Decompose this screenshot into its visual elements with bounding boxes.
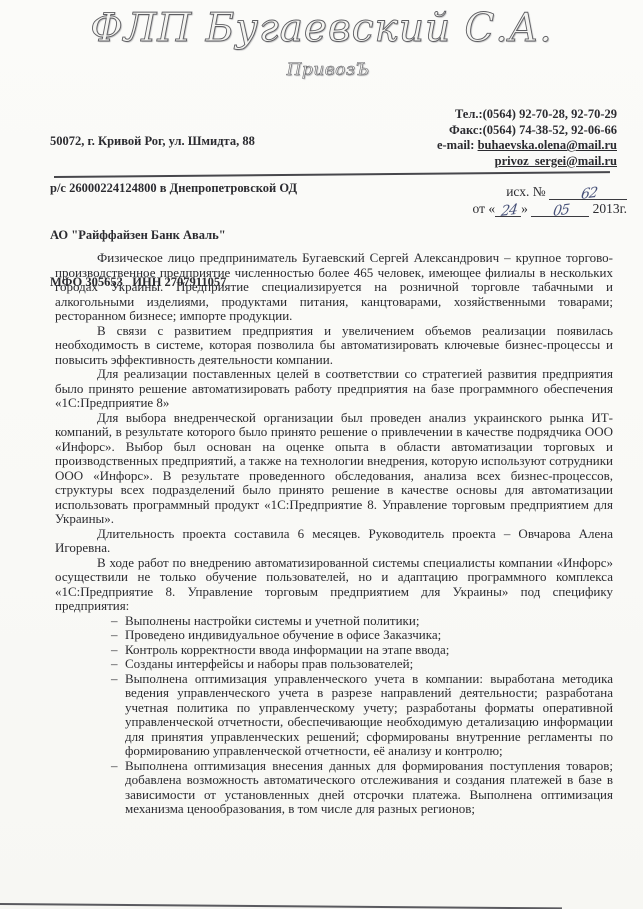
paragraph: Длительность проекта составила 6 месяцев… xyxy=(55,527,613,556)
list-item-text: Выполнена оптимизация управленческого уч… xyxy=(125,671,613,759)
reference-close-quote: » xyxy=(521,201,528,216)
letter-body: Физическое лицо предприниматель Бугаевск… xyxy=(55,251,613,817)
email-address-1: buhaevska.olena@mail.ru xyxy=(478,138,617,152)
email-address-2: privoz_sergei@mail.ru xyxy=(495,154,617,168)
address-line: АО "Райффайзен Банк Аваль" xyxy=(50,228,297,244)
dash-marker: – xyxy=(111,628,118,643)
paragraph: В ходе работ по внедрению автоматизирова… xyxy=(55,556,613,614)
handwritten-month: 05 xyxy=(552,202,570,221)
dash-marker: – xyxy=(111,643,118,658)
page-scan-edge xyxy=(0,903,562,909)
reference-day-blank: 24 xyxy=(495,202,521,217)
email-label: e-mail: xyxy=(437,138,478,152)
dash-marker: – xyxy=(111,657,118,672)
list-item-text: Контроль корректности ввода информации н… xyxy=(125,642,449,657)
list-item: – Выполнена оптимизация управленческого … xyxy=(55,672,613,759)
dash-marker: – xyxy=(111,614,118,629)
address-line: 50072, г. Кривой Рог, ул. Шмидта, 88 xyxy=(50,134,297,150)
scanned-letter-page: ФЛП Бугаевский С.А. ПривозЪ 50072, г. Кр… xyxy=(0,0,643,909)
list-item: – Выполнены настройки системы и учетной … xyxy=(55,614,613,629)
handwritten-day: 24 xyxy=(500,202,518,221)
list-item-text: Выполнена оптимизация внесения данных дл… xyxy=(125,758,613,817)
reference-year: 2013г. xyxy=(593,201,627,216)
list-item: – Выполнена оптимизация внесения данных … xyxy=(55,759,613,817)
reference-number-label: исх. № xyxy=(506,184,545,199)
phone-line: Тел.:(0564) 92-70-28, 92-70-29 xyxy=(437,107,617,123)
list-item: – Контроль корректности ввода информации… xyxy=(55,643,613,658)
list-item: – Созданы интерфейсы и наборы прав польз… xyxy=(55,657,613,672)
paragraph: В связи с развитием предприятия и увелич… xyxy=(55,324,613,368)
handwritten-number: 62 xyxy=(580,185,598,204)
list-item-text: Выполнены настройки системы и учетной по… xyxy=(125,613,419,628)
list-item-text: Созданы интерфейсы и наборы прав пользов… xyxy=(125,656,413,671)
reference-date-line: от «24» 05 2013г. xyxy=(473,200,628,217)
list-item-text: Проведено индивидуальное обучение в офис… xyxy=(125,627,441,642)
reference-number-line: исх. № 62 xyxy=(473,183,628,200)
results-list: – Выполнены настройки системы и учетной … xyxy=(55,614,613,817)
brand-logo: ПривозЪ xyxy=(287,60,370,80)
fax-line: Факс:(0564) 74-38-52, 92-06-66 xyxy=(437,123,617,139)
email-line-2: privoz_sergei@mail.ru xyxy=(437,154,617,170)
company-logo: ФЛП Бугаевский С.А. xyxy=(0,6,643,51)
email-line-1: e-mail: buhaevska.olena@mail.ru xyxy=(437,138,617,154)
dash-marker: – xyxy=(111,759,118,774)
reference-block: исх. № 62 от «24» 05 2013г. xyxy=(473,183,628,217)
address-line: р/с 26000224124800 в Днепропетровской ОД xyxy=(50,181,297,197)
paragraph: Для реализации поставленных целей в соот… xyxy=(55,367,613,411)
dash-marker: – xyxy=(111,672,118,687)
reference-number-blank: 62 xyxy=(549,185,627,200)
paragraph: Для выбора внедренческой организации был… xyxy=(55,411,613,527)
reference-month-blank: 05 xyxy=(531,202,589,217)
paragraph: Физическое лицо предприниматель Бугаевск… xyxy=(55,251,613,324)
company-contacts-block: Тел.:(0564) 92-70-28, 92-70-29 Факс:(056… xyxy=(437,107,617,169)
list-item: – Проведено индивидуальное обучение в оф… xyxy=(55,628,613,643)
reference-from-label: от « xyxy=(473,201,496,216)
